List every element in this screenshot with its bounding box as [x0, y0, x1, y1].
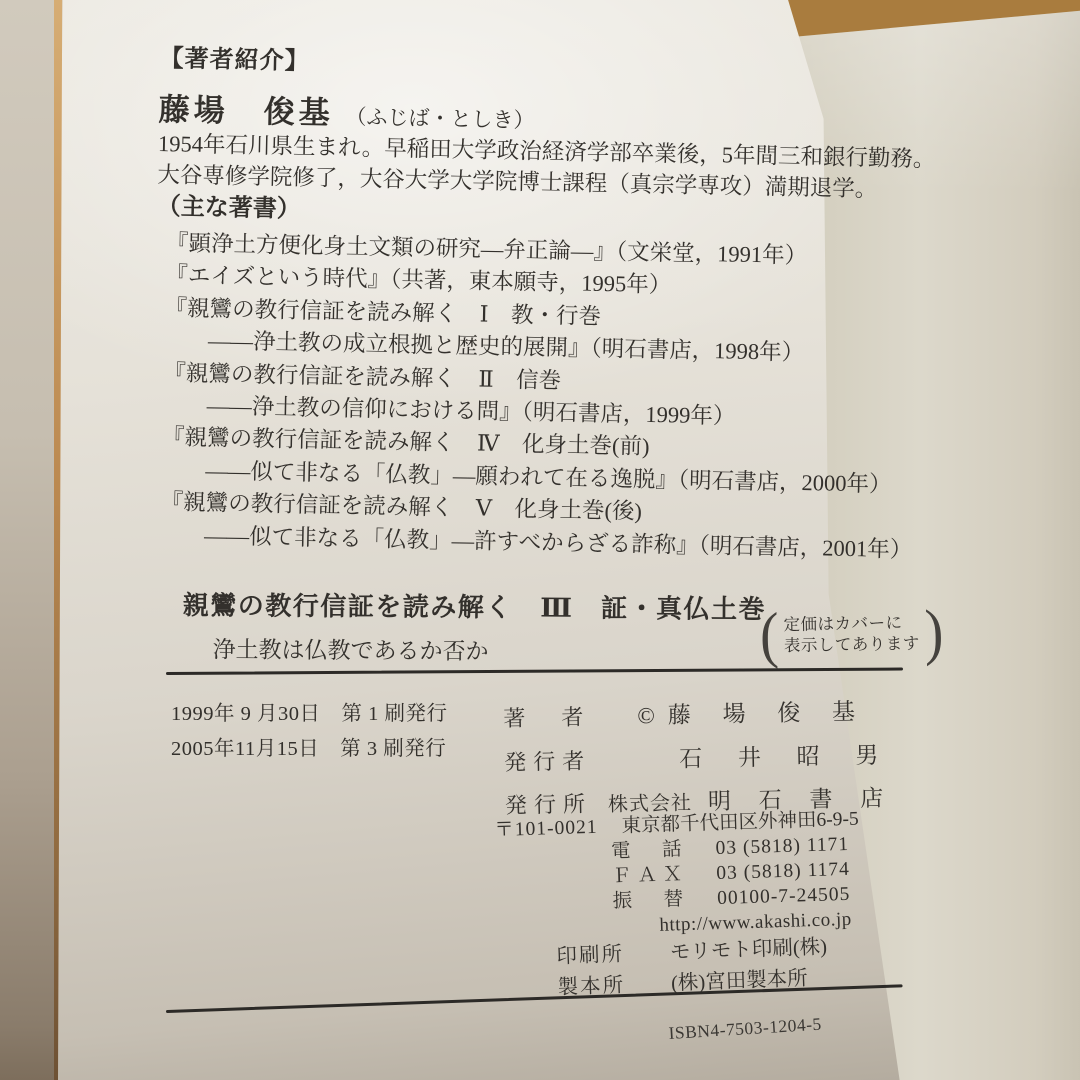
book-colophon-photo: 【著者紹介】 藤場 俊基 （ふじば・としき） 1954年石川県生まれ。早稲田大学… — [0, 0, 1080, 1080]
book-title-section: 親鸞の教行信証を読み解く Ⅲ 証・真仏土巻 浄土教は仏教であるか否か — [182, 585, 766, 668]
author-label: 著 者 — [503, 700, 591, 733]
author-intro-section: 【著者紹介】 藤場 俊基 （ふじば・としき） 1954年石川県生まれ。早稲田大学… — [150, 44, 940, 567]
print-date-line: 2005年11月15日 第 3 刷発行 — [171, 732, 448, 767]
phone-label: 電 話 — [611, 837, 688, 864]
price-note-line2: 表示してあります — [784, 634, 920, 655]
price-note-text: 定価はカバーに 表示してあります — [783, 611, 920, 656]
price-note-close-paren: ) — [924, 601, 944, 664]
print-date-line: 1999年 9 月30日 第 1 刷発行 — [171, 697, 448, 732]
transfer-label: 振 替 — [612, 887, 689, 914]
publisher-label: 発行者 — [504, 744, 592, 777]
book-subtitle: 浄土教は仏教であるか否か — [212, 631, 765, 668]
author-value: ©藤 場 俊 基 — [637, 693, 868, 730]
author-name-kana: （ふじば・としき） — [345, 105, 534, 133]
publisher-value: 石 井 昭 男 — [679, 736, 894, 773]
price-note-open-paren: ( — [759, 604, 779, 667]
works-list: 『顕浄土方便化身土文類の研究―弁正論―』（文栄堂，1991年）『エイズという時代… — [150, 227, 936, 567]
publisher-address-block: 〒101-0021 東京都千代田区外神田6-9-5 電 話 03 (5818) … — [494, 807, 862, 943]
book-cover-edge — [0, 0, 58, 1080]
print-dates: 1999年 9 月30日 第 1 刷発行2005年11月15日 第 3 刷発行 — [171, 697, 448, 767]
fax-label: ＦＡＸ — [612, 862, 689, 889]
price-note-line1: 定価はカバーに — [783, 613, 902, 634]
printer-label: 印刷所 — [556, 940, 625, 973]
price-note: ( 定価はカバーに 表示してあります ) — [760, 604, 944, 663]
postal-code: 〒101-0021 — [494, 815, 598, 843]
publication-rows: 著 者 ©藤 場 俊 基 発行者 石 井 昭 男 発行所 株式会社 明 石 書 … — [503, 692, 925, 831]
series-title: 親鸞の教行信証を読み解く Ⅲ 証・真仏土巻 — [183, 585, 766, 626]
author-name: 藤場 俊基 — [158, 92, 334, 131]
